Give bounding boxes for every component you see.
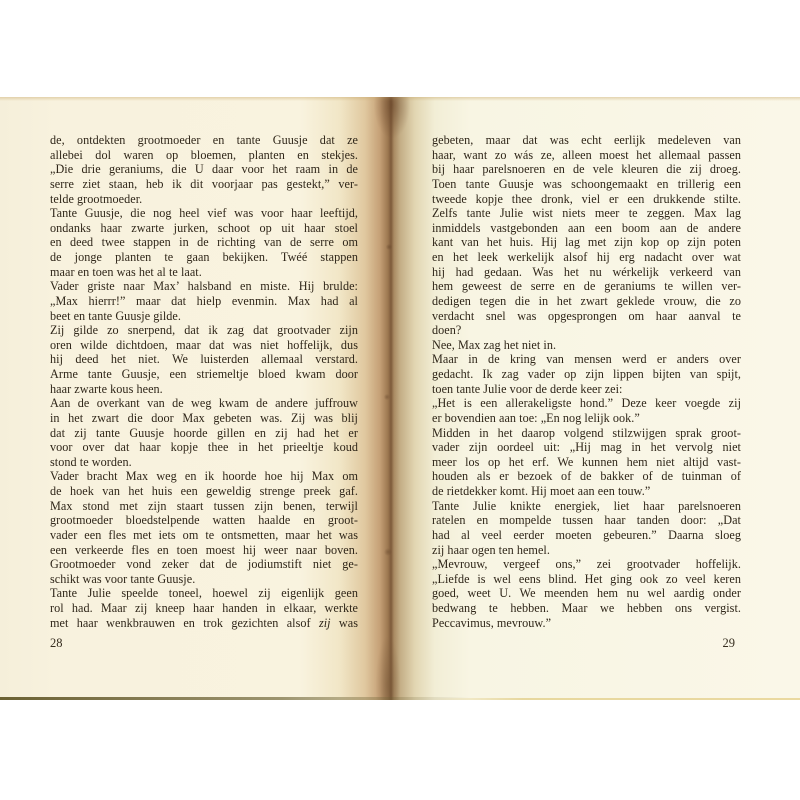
text-line: maar en toen was het al te laat.: [50, 265, 358, 280]
text-line: Max stond met zijn staart tussen zijn be…: [50, 499, 358, 514]
text-line: Tante Guusje, die nog heel vief was voor…: [50, 206, 358, 221]
text-line: telde grootmoeder.: [50, 192, 358, 207]
text-line: Tante Julie knikte energiek, liet haar p…: [432, 499, 741, 514]
text-line: oren wilde dichtdoen, maar dat was niet …: [50, 338, 358, 353]
text-line: tweede kopje thee dronk, viel er een dru…: [432, 192, 741, 207]
page-left: de, ontdekten grootmoeder en tante Guusj…: [0, 97, 390, 700]
text-line: de, ontdekten grootmoeder en tante Guusj…: [50, 133, 358, 148]
text-line: meer los op het erf. We kunnen hem niet …: [432, 455, 741, 470]
text-line: de rietdekker komt. Hij moet aan een tou…: [432, 484, 741, 499]
text-line: Midden in het daarop volgend stilzwijgen…: [432, 426, 741, 441]
text-line: er bovendien aan toe: „En nog lelijk ook…: [432, 411, 741, 426]
text-line: bij haar parelsnoeren en de vele kleuren…: [432, 162, 741, 177]
text-line: Zelfs tante Julie wist niets meer te zeg…: [432, 206, 741, 221]
text-line: hij deed het niet. We luisterden allemaa…: [50, 352, 358, 367]
text-line: dedigen tegen die in het zwart geklede v…: [432, 294, 741, 309]
page-number-left: 28: [50, 636, 63, 651]
text-line: de jonge planten te gaan bekijken. Twéé …: [50, 250, 358, 265]
text-line: beet en tante Guusje gilde.: [50, 309, 358, 324]
text-line: Nee, Max zag het niet in.: [432, 338, 741, 353]
text-line: had al veel eerder moeten gebeuren.” Daa…: [432, 528, 741, 543]
text-line: Grootmoeder vond zeker dat de jodiumstif…: [50, 557, 358, 572]
page-number-right: 29: [432, 636, 735, 651]
text-line: met haar wenkbrauwen en trok gezichten a…: [50, 616, 358, 631]
text-line: vader zijn oordeel uit: „Hij mag in het …: [432, 440, 741, 455]
text-line: ratelen en mompelde tussen haar tanden d…: [432, 513, 741, 528]
text-line: Tante Julie speelde toneel, hoewel zij e…: [50, 586, 358, 601]
text-line: gebeten, maar dat was echt eerlijk medel…: [432, 133, 741, 148]
text-line: „Die drie geraniums, die U daar voor het…: [50, 162, 358, 177]
text-line: rol had. Maar zij kneep haar handen in e…: [50, 601, 358, 616]
text-line: schikt was voor tante Guusje.: [50, 572, 358, 587]
text-line: voor over dat haar kopje thee in het pri…: [50, 440, 358, 455]
text-line: en het leek werkelijk alsof hij erg nada…: [432, 250, 741, 265]
text-line: goed, weet U. We meenden hem nu wel aard…: [432, 586, 741, 601]
text-line: gedacht. Ik zag vader op zijn lippen bij…: [432, 367, 741, 382]
page-right: gebeten, maar dat was echt eerlijk medel…: [395, 97, 800, 700]
text-line: Zij gilde zo snerpend, dat ik zag dat gr…: [50, 323, 358, 338]
text-line: in het zwart die door Max gebeten was. Z…: [50, 411, 358, 426]
text-line: Toen tante Guusje was schoongemaakt en t…: [432, 177, 741, 192]
text-line: Peccavimus, mevrouw.”: [432, 616, 741, 631]
text-line: Aan de overkant van de weg kwam de ander…: [50, 396, 358, 411]
text-line: inmiddels vastgebonden aan een boom aan …: [432, 221, 741, 236]
text-line: de hoek van het huis een geweldig streng…: [50, 484, 358, 499]
text-line: vader een fles met iets om te ontsmetten…: [50, 528, 358, 543]
text-line: kant van het huis. Hij lag met zijn kop …: [432, 235, 741, 250]
text-line: dat zij tante Guusje hoorde gillen en zi…: [50, 426, 358, 441]
text-line: en deed twee stappen in de richting van …: [50, 235, 358, 250]
text-line: hij had gedaan. Was het nu wérkelijk ver…: [432, 265, 741, 280]
text-line: hem geweest de serre en de geraniums te …: [432, 279, 741, 294]
text-line: toen tante Julie voor de derde keer zei:: [432, 382, 741, 397]
text-line: „Max hierrr!” maar dat hielp evenmin. Ma…: [50, 294, 358, 309]
text-line: zij haar ogen ten hemel.: [432, 543, 741, 558]
text-line: stond te worden.: [50, 455, 358, 470]
text-line: bedwang te hebben. Maar we hebben ons ve…: [432, 601, 741, 616]
text-line: allebei dol waren op bloemen, planten en…: [50, 148, 358, 163]
text-line: serre ziet staan, heb ik dit voorjaar pa…: [50, 177, 358, 192]
text-line: „Liefde is wel eens blind. Het ging ook …: [432, 572, 741, 587]
text-line: verdacht snel was opgesprongen om haar a…: [432, 309, 741, 324]
text-line: haar zwarte kous heen.: [50, 382, 358, 397]
text-line: ondanks haar zwarte jurken, schoot op ui…: [50, 221, 358, 236]
text-line: „Mevrouw, vergeef ons,” zei grootvader h…: [432, 557, 741, 572]
text-line: grootmoeder bloedstelpende watten haalde…: [50, 513, 358, 528]
text-line: „Het is een allerakeligste hond.” Deze k…: [432, 396, 741, 411]
text-line: houden als er bezoek of de bakker of de …: [432, 469, 741, 484]
text-line: haar, want zo wás ze, alleen moest het a…: [432, 148, 741, 163]
text-line: een verkeerde fles en toen moest hij wee…: [50, 543, 358, 558]
text-line: Arme tante Guusje, een striemeltje bloed…: [50, 367, 358, 382]
text-line: Vader bracht Max weg en ik hoorde hoe hi…: [50, 469, 358, 484]
book-photo: de, ontdekten grootmoeder en tante Guusj…: [0, 0, 800, 800]
page-left-text: de, ontdekten grootmoeder en tante Guusj…: [50, 133, 358, 630]
open-book: de, ontdekten grootmoeder en tante Guusj…: [0, 97, 800, 700]
page-right-text: gebeten, maar dat was echt eerlijk medel…: [432, 133, 741, 630]
text-line: doen?: [432, 323, 741, 338]
text-line: Vader griste naar Max’ halsband en miste…: [50, 279, 358, 294]
text-line: Maar in de kring van mensen werd er ande…: [432, 352, 741, 367]
